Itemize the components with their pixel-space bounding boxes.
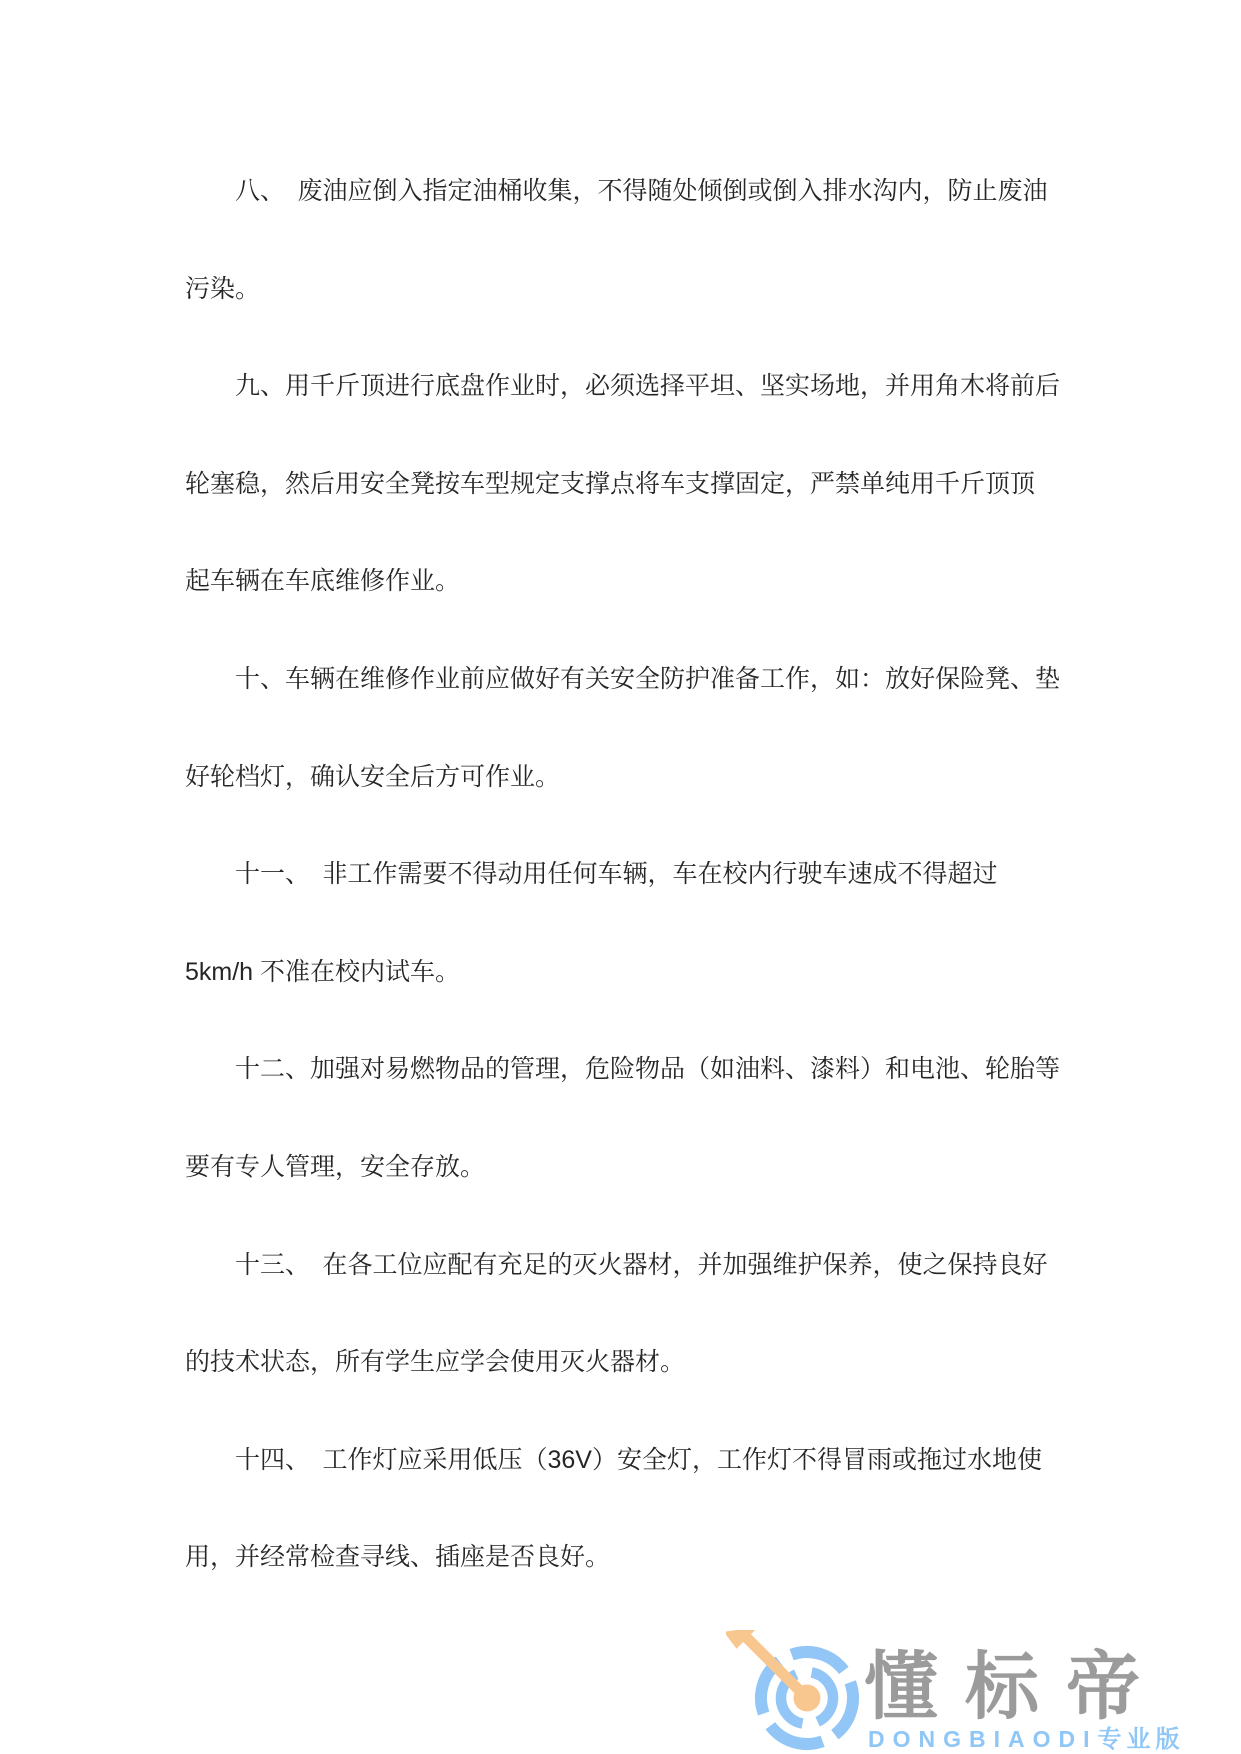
- text-line: 起车辆在车底维修作业。: [185, 568, 460, 595]
- text-line: 的技术状态，所有学生应学会使用灭火器材。: [185, 1349, 685, 1376]
- text-line: 十三、 在各工位应配有充足的灭火器材，并加强维护保养，使之保持良好: [235, 1252, 1048, 1279]
- text-line: 九、用千斤顶进行底盘作业时，必须选择平坦、坚实场地，并用角木将前后: [235, 373, 1060, 400]
- text-line: 十四、 工作灯应采用低压（36V）安全灯，工作灯不得冒雨或拖过水地使: [235, 1447, 1042, 1474]
- text-line: 十一、 非工作需要不得动用任何车辆，车在校内行驶车速成不得超过: [235, 861, 998, 888]
- text-line: 八、 废油应倒入指定油桶收集，不得随处倾倒或倒入排水沟内，防止废油: [235, 178, 1048, 205]
- text-line: 用，并经常检查寻线、插座是否良好。: [185, 1544, 610, 1571]
- text-line: 好轮档灯，确认安全后方可作业。: [185, 764, 560, 791]
- document-page: 八、 废油应倒入指定油桶收集，不得随处倾倒或倒入排水沟内，防止废油污染。九、用千…: [0, 0, 1241, 1754]
- text-line: 十、车辆在维修作业前应做好有关安全防护准备工作，如：放好保险凳、垫: [235, 666, 1060, 693]
- text-line: 要有专人管理，安全存放。: [185, 1154, 485, 1181]
- text-line: 污染。: [185, 276, 260, 303]
- text-line: 轮塞稳，然后用安全凳按车型规定支撑点将车支撑固定，严禁单纯用千斤顶顶: [185, 471, 1035, 498]
- text-layer: 八、 废油应倒入指定油桶收集，不得随处倾倒或倒入排水沟内，防止废油污染。九、用千…: [0, 0, 1241, 1754]
- text-line: 5km/h 不准在校内试车。: [185, 959, 460, 986]
- text-line: 十二、加强对易燃物品的管理，危险物品（如油料、漆料）和电池、轮胎等: [235, 1056, 1060, 1083]
